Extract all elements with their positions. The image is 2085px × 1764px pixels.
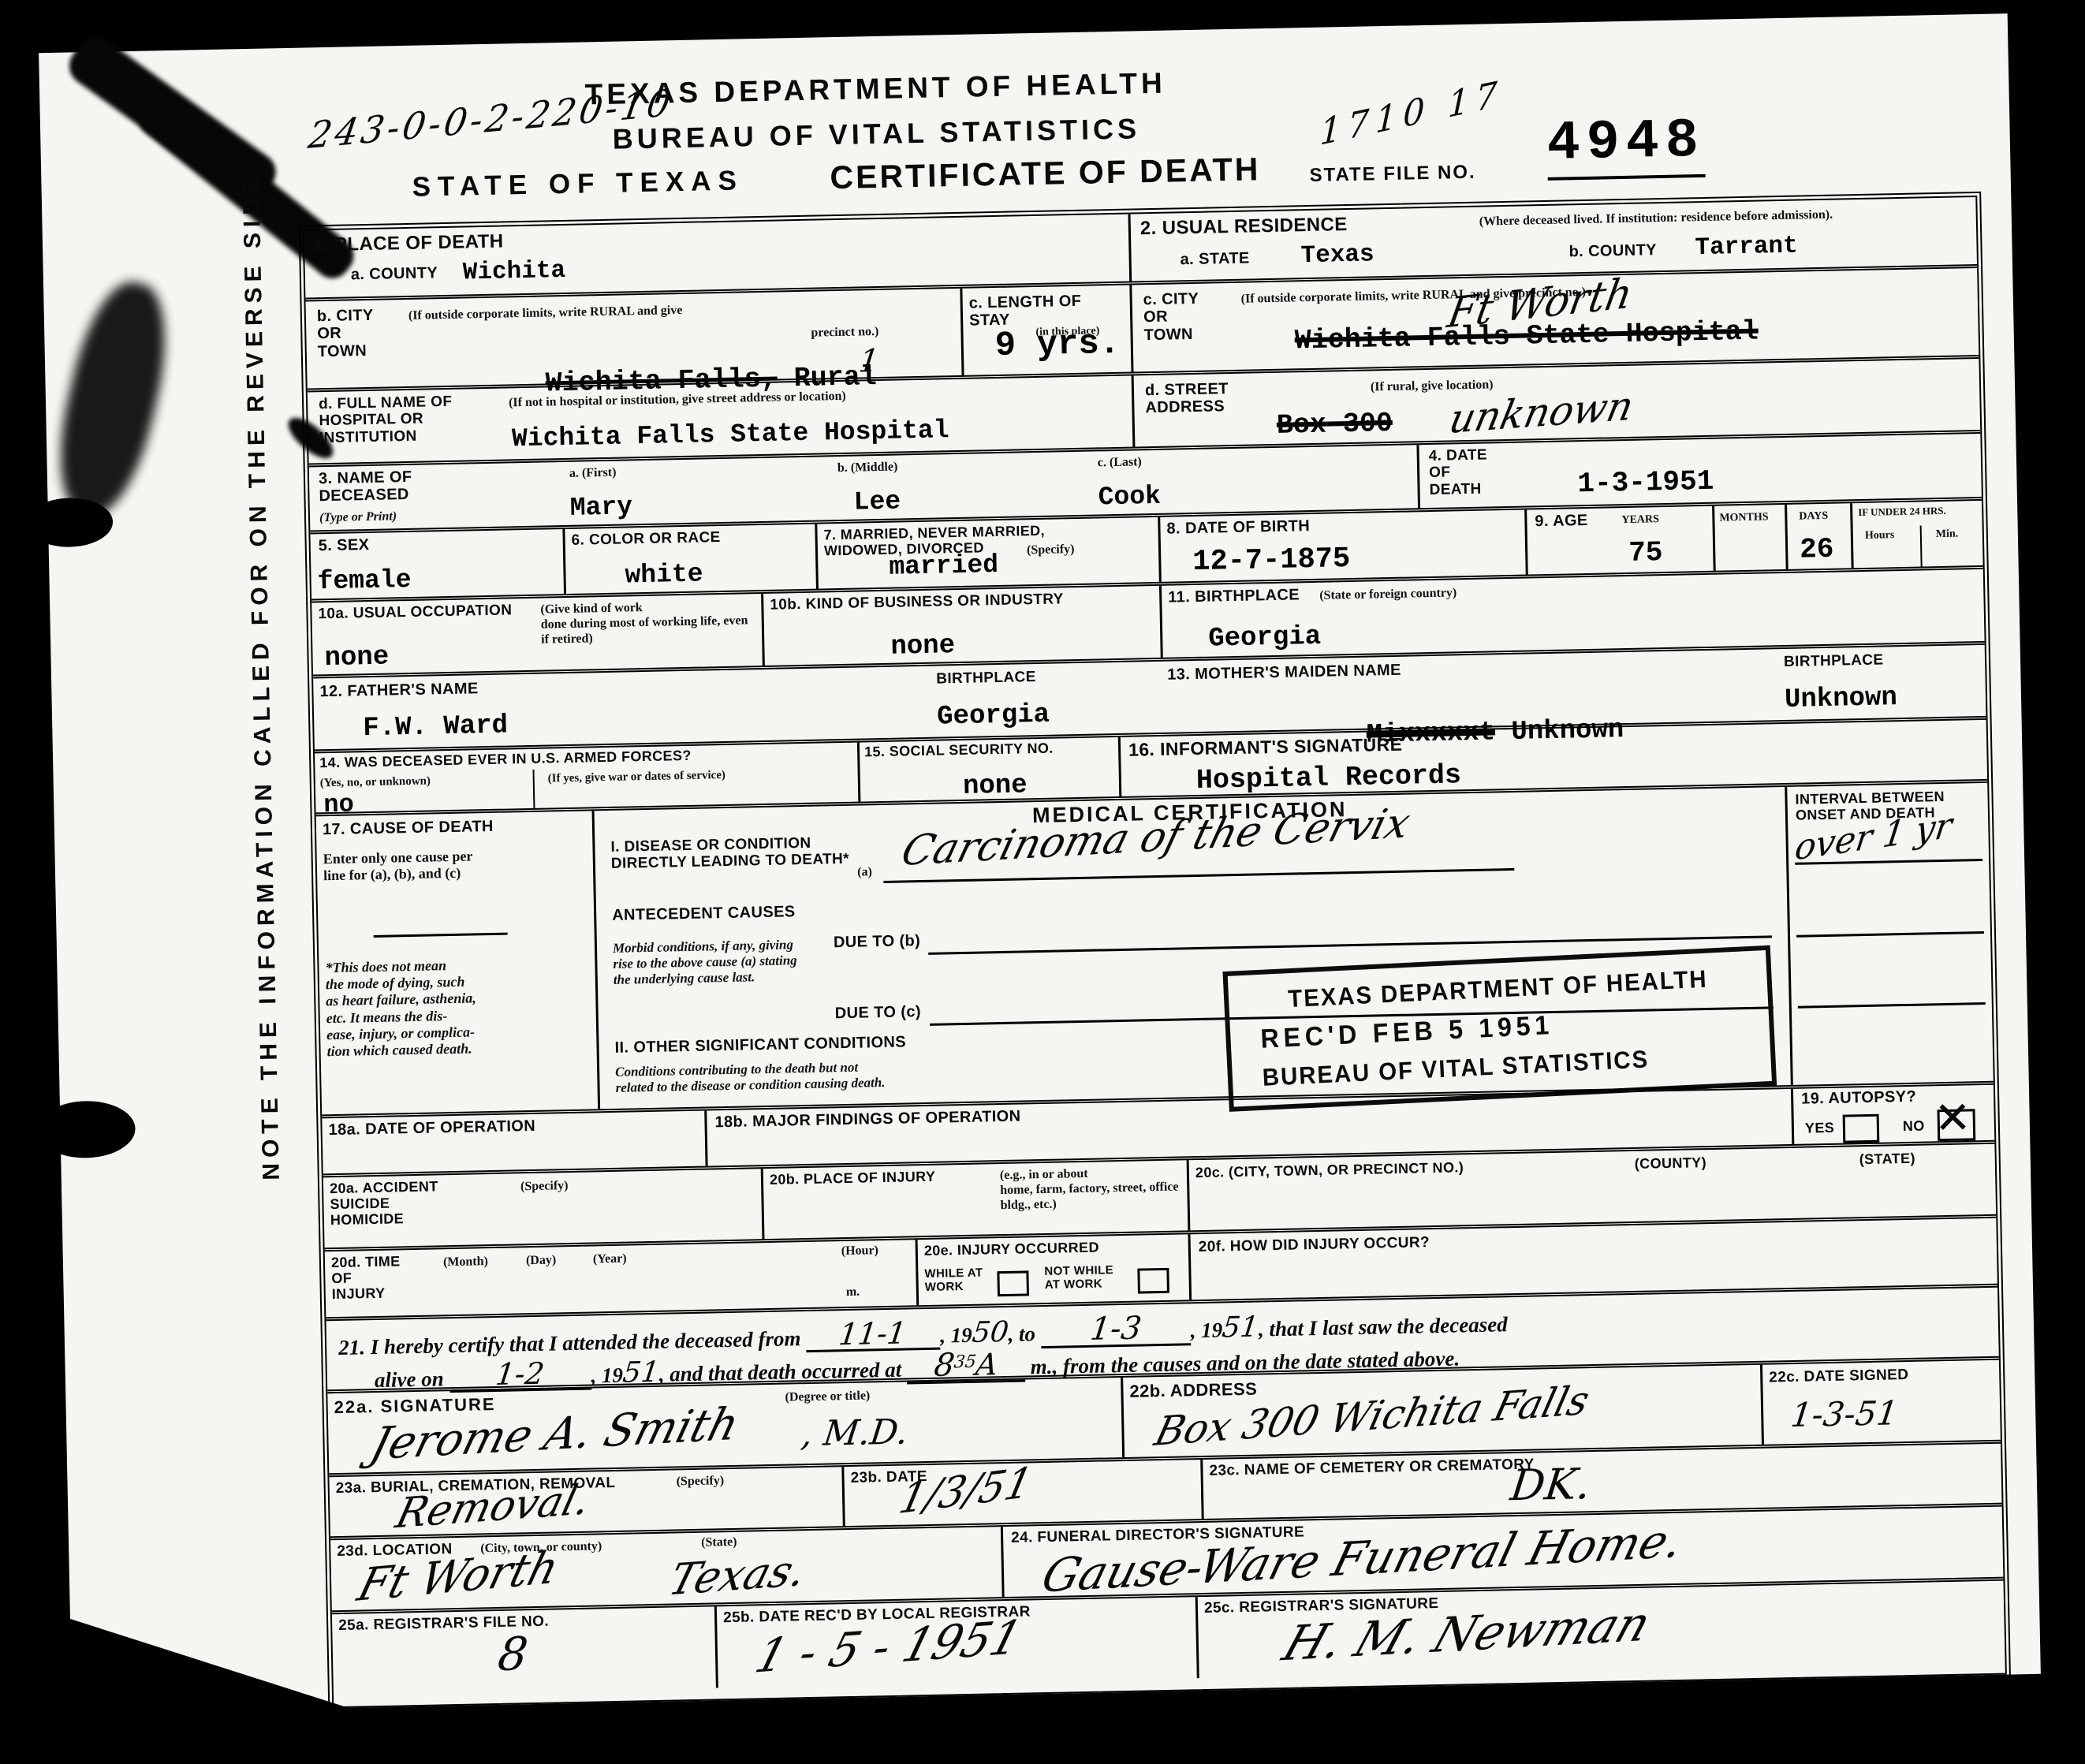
not-while-at-work-checkbox — [1137, 1268, 1169, 1294]
m-label: m. — [846, 1285, 860, 1300]
burial-hint: (Specify) — [676, 1474, 724, 1490]
father-value: F.W. Ward — [363, 713, 508, 743]
physician-degree-value: , M.D. — [800, 1415, 910, 1452]
age-min-label: Min. — [1936, 528, 1959, 542]
certify-from-year: 50 — [970, 1318, 1009, 1348]
residence-county-label: b. COUNTY — [1568, 241, 1657, 261]
operation-date-label: 18a. DATE OF OPERATION — [328, 1117, 535, 1139]
field-registrar-file-no: 25a. REGISTRAR'S FILE NO. 8 — [332, 1606, 716, 1695]
disease-a-label: (a) — [857, 865, 872, 880]
field-occupation: 10a. USUAL OCCUPATION (Give kind of work… — [311, 594, 763, 674]
cemetery-value: DK. — [1509, 1463, 1593, 1507]
month-label: (Month) — [443, 1255, 488, 1270]
handwritten-number: 1710 17 — [1319, 76, 1504, 151]
age-div-2 — [1785, 505, 1788, 569]
certify-from-blank: 11-1 — [806, 1318, 941, 1352]
punch-hole-bottom — [36, 1100, 136, 1158]
punch-hole-top — [25, 498, 113, 548]
last-name-value: Cook — [1098, 483, 1161, 511]
cause-note-rule — [374, 933, 508, 938]
certify-from-value: 11-1 — [837, 1318, 908, 1349]
informant-label: 16. INFORMANT'S SIGNATURE — [1128, 735, 1403, 761]
certify-19b: , 19 — [1190, 1318, 1222, 1342]
age-days-label: DAYS — [1799, 510, 1828, 524]
field-cause-of-death-notes: 17. CAUSE OF DEATH Enter only one cause … — [316, 811, 599, 1114]
sex-value: female — [317, 567, 411, 595]
field-business: 10b. KIND OF BUSINESS OR INDUSTRY none — [761, 586, 1161, 666]
hospital-label: d. FULL NAME OF HOSPITAL OR INSTITUTION — [319, 393, 453, 446]
hospital-hint: (If not in hospital or institution, give… — [509, 390, 846, 411]
not-while-at-work-label: NOT WHILE AT WORK — [1044, 1264, 1113, 1292]
field-date-of-birth: 8. DATE OF BIRTH 12-7-1875 — [1158, 510, 1526, 582]
field-interval: INTERVAL BETWEEN ONSET AND DEATH over 1 … — [1785, 783, 1994, 1085]
certify-suffix-1: , that I last saw the deceased — [1259, 1312, 1508, 1341]
operation-findings-label: 18b. MAJOR FINDINGS OF OPERATION — [714, 1108, 1020, 1132]
field-length-of-stay: c. LENGTH OF STAY (in this place) 9 yrs. — [960, 285, 1131, 375]
antecedent-label: ANTECEDENT CAUSES — [612, 903, 796, 924]
birthplace-value: Georgia — [1208, 624, 1321, 653]
ink-blot-smudge — [44, 274, 181, 524]
autopsy-no-checkmark: ✕ — [1934, 1096, 1971, 1141]
birth-value: 12-7-1875 — [1192, 545, 1351, 577]
state-file-no-value: 4948 — [1546, 114, 1706, 181]
usual-residence-label: 2. USUAL RESIDENCE — [1140, 214, 1348, 240]
disease-label: I. DISEASE OR CONDITION DIRECTLY LEADING… — [610, 834, 849, 873]
other-conditions-label: II. OTHER SIGNIFICANT CONDITIONS — [614, 1033, 906, 1057]
sex-label: 5. SEX — [319, 536, 370, 555]
date-signed-label: 22c. DATE SIGNED — [1769, 1367, 1908, 1386]
field-medical-certification: MEDICAL CERTIFICATION I. DISEASE OR COND… — [592, 787, 1791, 1109]
middle-name-value: Lee — [853, 488, 901, 515]
name-label: 3. NAME OF DECEASED — [319, 468, 412, 505]
certify-to-value: 1-3 — [1088, 1312, 1143, 1344]
mother-birthplace-label: BIRTHPLACE — [1784, 651, 1884, 670]
marital-hint: (Specify) — [1027, 543, 1075, 558]
age-under24-label: IF UNDER 24 HRS. — [1858, 505, 1946, 519]
location-state-value: Texas. — [664, 1549, 811, 1602]
field-autopsy: 19. AUTOPSY? YES NO ✕ — [1791, 1085, 1994, 1144]
field-injury-occurred: 20e. INJURY OCCURRED WHILE AT WORK NOT W… — [916, 1234, 1190, 1305]
certify-min: 35 — [953, 1354, 977, 1372]
place-of-injury-hint: (e.g., in or about home, farm, factory, … — [1000, 1165, 1182, 1213]
interval-line-b — [1796, 931, 1984, 938]
place-of-death-label: 1. PLACE OF DEATH — [312, 231, 504, 256]
street-hand: unknown — [1446, 386, 1637, 439]
name-hint: (Type or Print) — [319, 509, 397, 526]
date-of-death-value: 1-3-1951 — [1577, 468, 1714, 498]
certify-to-blank: 1-3 — [1040, 1311, 1191, 1348]
age-months-label: MONTHS — [1719, 511, 1769, 525]
field-date-signed: 22c. DATE SIGNED 1-3-51 — [1760, 1360, 2001, 1445]
middle-label: b. (Middle) — [837, 461, 898, 476]
field-place-city: b. CITY OR TOWN (If outside corporate li… — [306, 289, 962, 389]
row-medical-certification: 17. CAUSE OF DEATH Enter only one cause … — [316, 779, 1994, 1114]
physician-address-label: 22b. ADDRESS — [1129, 1380, 1257, 1402]
place-city-hint1: (If outside corporate limits, write RURA… — [408, 304, 683, 324]
race-value: white — [625, 561, 703, 588]
cause-of-death-label: 17. CAUSE OF DEATH — [323, 818, 494, 839]
father-label: 12. FATHER'S NAME — [319, 680, 479, 700]
autopsy-yes-label: YES — [1805, 1120, 1835, 1136]
field-color-race: 6. COLOR OR RACE white — [562, 524, 816, 594]
stay-value: 9 yrs. — [994, 326, 1120, 364]
location-state-hint: (State) — [701, 1535, 737, 1551]
forces-label: 14. WAS DECEASED EVER IN U.S. ARMED FORC… — [319, 748, 692, 771]
registrar-file-value: 8 — [495, 1631, 530, 1677]
state-file-no-label: STATE FILE NO. — [1309, 163, 1476, 185]
agency-name: TEXAS DEPARTMENT OF HEALTH — [513, 67, 1239, 110]
date-signed-value: 1-3-51 — [1789, 1397, 1900, 1432]
father-birthplace-value: Georgia — [937, 702, 1050, 731]
business-label: 10b. KIND OF BUSINESS OR INDUSTRY — [770, 591, 1064, 613]
field-burial-date: 23b. DATE 1/3/51 — [841, 1460, 1201, 1526]
injury-county-label: (COUNTY) — [1635, 1154, 1707, 1172]
day-label: (Day) — [526, 1253, 557, 1269]
place-city-label: b. CITY OR TOWN — [317, 307, 375, 361]
first-name-value: Mary — [570, 494, 633, 521]
birth-label: 8. DATE OF BIRTH — [1166, 517, 1310, 538]
field-marital-status: 7. MARRIED, NEVER MARRIED, WIDOWED, DIVO… — [815, 517, 1159, 589]
usual-residence-hint: (Where deceased lived. If institution: r… — [1479, 205, 1968, 229]
age-hours-label: Hours — [1865, 529, 1895, 543]
field-residence-city: c. CITY OR TOWN (If outside corporate li… — [1129, 268, 1979, 372]
occupation-hint: (Give kind of work done during most of w… — [540, 599, 754, 647]
other-conditions-note: Conditions contributing to the death but… — [615, 1059, 886, 1096]
forces-hint2: (If yes, give war or dates of service) — [548, 769, 726, 786]
age-label: 9. AGE — [1535, 512, 1588, 531]
autopsy-no-label: NO — [1903, 1118, 1925, 1135]
county-value: Wichita — [463, 259, 566, 285]
age-div-3 — [1850, 503, 1854, 568]
street-hint: (If rural, give location) — [1371, 378, 1494, 395]
field-burial-type: 23a. BURIAL, CREMATION, REMOVAL (Specify… — [329, 1467, 842, 1536]
cause-note-1: Enter only one cause per line for (a), (… — [323, 848, 473, 884]
certify-ampm: A — [975, 1349, 1000, 1380]
occupation-value: none — [324, 644, 389, 673]
birthplace-hint: (State or foreign country) — [1319, 586, 1457, 603]
residence-state-label: a. STATE — [1180, 250, 1249, 269]
injury-time-label: 20d. TIME OF INJURY — [331, 1253, 401, 1302]
state-of-texas: STATE OF TEXAS — [412, 166, 744, 200]
residence-city-label: c. CITY OR TOWN — [1143, 290, 1199, 345]
accident-label: 20a. ACCIDENT SUICIDE HOMICIDE — [330, 1178, 439, 1228]
field-registrar-signature: 25c. REGISTRAR'S SIGNATURE H. M. Newman — [1195, 1581, 2005, 1679]
field-sex: 5. SEX female — [310, 529, 564, 599]
autopsy-yes-checkbox — [1843, 1114, 1880, 1143]
occupation-label: 10a. USUAL OCCUPATION — [318, 602, 512, 622]
accident-hint: (Specify) — [520, 1179, 569, 1195]
year-label: (Year) — [593, 1252, 627, 1268]
marital-value: married — [889, 552, 998, 580]
certify-19a: , 19 — [940, 1323, 972, 1348]
forces-sub-divider — [532, 770, 535, 808]
while-at-work-label: WHILE AT WORK — [924, 1267, 983, 1295]
hospital-value: Wichita Falls State Hospital — [512, 417, 949, 452]
business-value: none — [890, 632, 955, 661]
injury-state-label: (STATE) — [1859, 1151, 1916, 1168]
certificate-page: NOTE THE INFORMATION CALLED FOR ON THE R… — [39, 13, 2041, 1714]
field-registrar-date: 25b. DATE REC'D BY LOCAL REGISTRAR 1 - 5… — [714, 1597, 1197, 1688]
degree-label: (Degree or title) — [785, 1389, 870, 1405]
scan-background: { "scan": { "side_note": "NOTE THE INFOR… — [0, 0, 2085, 1764]
street-label: d. STREET ADDRESS — [1145, 380, 1229, 417]
field-date-of-death: 4. DATE OF DEATH 1-3-1951 — [1416, 434, 1981, 508]
age-div-hours-min — [1920, 525, 1923, 566]
certify-to-year: 51 — [1221, 1314, 1260, 1343]
street-struck: Box 300 — [1277, 410, 1393, 440]
mother-birthplace-value: Unknown — [1785, 684, 1897, 714]
field-physician-signature: 22a. SIGNATURE (Degree or title) Jerome … — [327, 1378, 1122, 1473]
field-age: 9. AGE YEARS MONTHS DAYS IF UNDER 24 HRS… — [1524, 501, 1983, 575]
scan-corner-shadow — [65, 1611, 367, 1720]
injury-city-label: 20c. (CITY, TOWN, OR PRECINCT NO.) — [1195, 1159, 1464, 1180]
precinct-value: 1 — [857, 345, 881, 378]
father-birthplace-label: BIRTHPLACE — [936, 669, 1036, 688]
ssn-label: 15. SOCIAL SECURITY NO. — [864, 740, 1054, 760]
certificate-title: CERTIFICATE OF DEATH — [830, 153, 1261, 194]
residence-state-value: Texas — [1300, 242, 1374, 268]
cause-note-2: *This does not mean the mode of dying, s… — [325, 957, 477, 1060]
race-label: 6. COLOR OR RACE — [571, 529, 720, 549]
cemetery-label: 23c. NAME OF CEMETERY OR CREMATORY — [1209, 1456, 1535, 1480]
age-years-label: YEARS — [1621, 513, 1659, 527]
age-years-value: 75 — [1628, 539, 1663, 568]
date-of-death-label: 4. DATE OF DEATH — [1429, 447, 1489, 498]
field-ssn: 15. SOCIAL SECURITY NO. none — [857, 737, 1119, 802]
field-physician-address: 22b. ADDRESS Box 300 Wichita Falls — [1121, 1365, 1762, 1457]
injury-occurred-label: 20e. INJURY OCCURRED — [924, 1240, 1099, 1259]
county-label: a. COUNTY — [351, 264, 438, 284]
last-label: c. (Last) — [1098, 455, 1142, 471]
age-div-1 — [1712, 506, 1716, 571]
age-days-value: 26 — [1800, 535, 1834, 565]
due-c-label: DUE TO (c) — [835, 1003, 922, 1023]
first-label: a. (First) — [569, 466, 617, 482]
field-armed-forces: 14. WAS DECEASED EVER IN U.S. ARMED FORC… — [315, 743, 858, 813]
interval-line-c — [1798, 1002, 1986, 1009]
hour-label: (Hour) — [841, 1244, 878, 1259]
certificate-form: 1. PLACE OF DEATH a. COUNTY Wichita 2. U… — [299, 192, 2011, 1712]
antecedent-note: Morbid conditions, if any, giving rise t… — [613, 937, 797, 988]
field-accident-suicide-homicide: 20a. ACCIDENT SUICIDE HOMICIDE (Specify) — [323, 1169, 763, 1247]
birthplace-label: 11. BIRTHPLACE — [1168, 586, 1300, 606]
while-at-work-checkbox — [997, 1270, 1029, 1296]
reverse-side-note: NOTE THE INFORMATION CALLED FOR ON THE R… — [241, 214, 284, 1180]
forces-hint1: (Yes, no, or unknown) — [320, 774, 431, 790]
place-of-injury-label: 20b. PLACE OF INJURY — [770, 1169, 936, 1188]
residence-county-value: Tarrant — [1695, 234, 1798, 261]
how-injury-label: 20f. HOW DID INJURY OCCUR? — [1199, 1234, 1430, 1255]
field-time-of-injury: 20d. TIME OF INJURY (Month) (Day) (Year)… — [325, 1240, 917, 1317]
ssn-value: none — [963, 772, 1028, 800]
field-date-of-operation: 18a. DATE OF OPERATION — [322, 1111, 705, 1174]
due-b-label: DUE TO (b) — [834, 932, 921, 952]
field-place-of-injury: 20b. PLACE OF INJURY (e.g., in or about … — [761, 1160, 1188, 1239]
autopsy-label: 19. AUTOPSY? — [1801, 1088, 1916, 1108]
mother-label: 13. MOTHER'S MAIDEN NAME — [1167, 662, 1401, 684]
certify-to-word: , to — [1008, 1322, 1035, 1346]
field-burial-location: 23d. LOCATION (City, town, or county) (S… — [330, 1527, 1002, 1610]
